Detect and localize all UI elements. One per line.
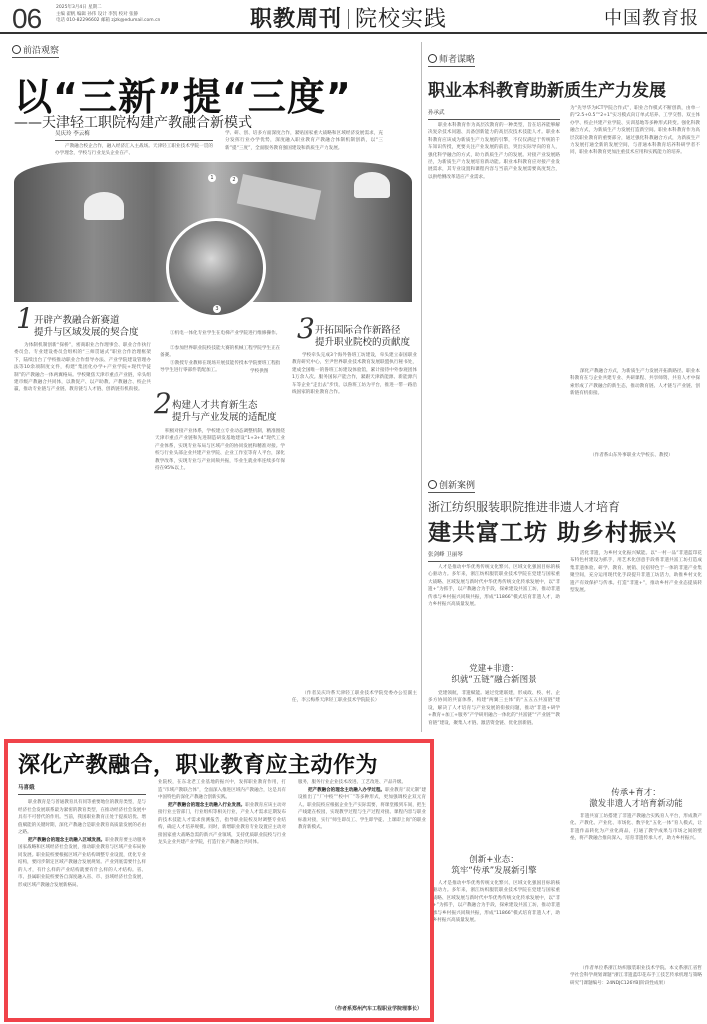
paragraph: 职业教育是与普通教育具有同等重要地位的教育类型，是与经济社会发展联系最为紧密的教…	[18, 799, 146, 837]
highlighted-article-signature: （作者系郑州汽车工程职业学院理事长）	[332, 1005, 422, 1012]
paragraph: 职业教育要主动服务国家战略和区域经济社会发展，推动职业教育与区域产业布局协同发展…	[18, 838, 146, 888]
photo-number-2: 2	[230, 176, 238, 184]
article-1-author-note: （作者吴庆玲系天津轻工职业技术学院党委办公室副主任，李云梅系天津轻工职业技术学院…	[292, 690, 417, 720]
paragraph: 业院校，在东北老工业基地的振兴中，发挥职业教育作用，打造“市域产教联合体”，全面…	[158, 779, 286, 802]
subhead-line2: 筑牢“传承”发展新引擎	[428, 866, 560, 877]
newspaper-logo: 中国教育报	[604, 4, 699, 30]
paragraph: 职业教育“双元制”建设推出了“厂中校”“校中厂”等多种形式，更加强调校企双元育人…	[298, 788, 426, 831]
subhead-line1: 创新+业态：	[428, 855, 560, 866]
section-1-body: 为体制机制创新“探桥”，密商职业合作理事会、职业合作执行委员会、专业建设委员会组…	[14, 342, 151, 732]
article-3-body-2b: 人才是推动中华优秀传统文化繁兴、区域文化强国目标的核心驱动力。多年来，浙江纺织服…	[428, 880, 560, 1020]
article-3-body-3: 活化非遗，为乡村文化振兴赋能。以“一村一品”非遗蓝印花布特色村建设为抓手，用艺术…	[570, 550, 702, 780]
column-tag-teachers: 师者谋略	[428, 52, 475, 67]
photo-number-1: 1	[208, 174, 216, 182]
masthead: 06 2025年3月4日 星期二 主编 翟帆 编辑 孙伟 设计 李凯 校对 张静…	[0, 0, 707, 34]
article-3-body-1: 人才是推动中华优秀传统文化繁兴、区域文化强国目标的核心驱动力。多年来，浙江纺织服…	[428, 564, 560, 659]
ring-icon	[12, 45, 21, 54]
section-heading-line2: 提升与区域发展的契合度	[34, 327, 139, 339]
column-tag-label: 师者谋略	[439, 52, 475, 65]
section-heading-line1: 开拓国际合作新路径	[315, 325, 410, 337]
section-title: 职教周刊院校实践	[250, 2, 447, 33]
article-3-subhead-1: 党建+非遗： 织就“五链”融合新图景	[428, 664, 560, 686]
bold-lead: 把产教融合的理念主动融入行业发展。	[168, 803, 245, 808]
section-heading-line1: 构建人才共育新生态	[172, 400, 277, 412]
caption-1: ①机电一体化专业学生在电梯产业学院进行维修操作。	[160, 330, 284, 337]
subsection-name: 院校实践	[355, 7, 447, 32]
robot-arm-shape	[237, 174, 321, 220]
article-3-subhead-2: 创新+业态： 筑牢“传承”发展新引擎	[428, 855, 560, 877]
section-3-heading: 3 开拓国际合作新路径 提升职业院校的贡献度	[315, 325, 410, 349]
helmet-shape	[84, 192, 124, 220]
paragraph: 职业教育应该主动对接行业主管部门，行业组织等相关行业，产业人才需求定期发布的技术…	[158, 803, 286, 846]
article-3-title: 建共富工坊 助乡村振兴	[428, 514, 677, 547]
article-2-body-col2: 为“先导华为ICT学院合作式”，职业合作模式不断创新，由单一的“2.5+0.5”…	[570, 105, 700, 365]
article-2-body-col1: 职业本科教育作为高层次教育的一种类型，旨在培养能够解决复杂技术问题、具备创新能力…	[428, 122, 560, 457]
article-3-body-2: 党建领航，非遗赋能。通过党建联建，形成政、校、村、企多方协同的共富体系，构建“两…	[428, 690, 560, 850]
section-number: 1	[16, 313, 34, 325]
section-name: 职教周刊	[250, 7, 342, 32]
article-3-byline: 张剑峰 卫丽琴	[428, 550, 560, 562]
section-heading-line2: 提升与产业发展的适配度	[172, 412, 277, 424]
page-number: 06	[12, 3, 41, 35]
paragraph: 服务，服务行业企业技术改进、工艺改进、产品升级。	[298, 779, 426, 787]
article-3-body-4: 非遗共富工坊搭建了非遗产教融合实践育人平台，形成教产化、产教化、产业化、市场化、…	[570, 813, 702, 963]
helmet-shape	[354, 172, 390, 198]
article-3-kicker: 浙江纺织服装职院推进非遗人才培育	[428, 498, 620, 515]
article-1-photo-circle: 3	[166, 218, 266, 318]
article-1-intro-left: 产教融合校企合作，融入经济汇入主战场。天津轻工职业技术学院一贯的办学理念，学校与…	[55, 143, 213, 159]
caption-credit: 学校供图	[250, 368, 268, 375]
ring-icon	[428, 54, 437, 63]
section-heading-line2: 提升职业院校的贡献度	[315, 337, 410, 349]
section-number: 2	[154, 398, 172, 410]
section-3-body: 学校牵头完成3个海外鲁班工坊建设，牵头建立泰国职业教育研究中心，至尹世界职业技术…	[292, 352, 417, 682]
highlighted-col-2: 业院校，在东北老工业基地的振兴中，发挥职业教育作用，打造“市域产教联合体”，全面…	[158, 779, 286, 1009]
bold-lead: 把产教融合的理念主动融入办学过程。	[308, 788, 385, 793]
article-2-author-note: （作者系山东外事职业大学校长、教授）	[590, 452, 702, 460]
subhead-line1: 传承+育才：	[570, 788, 702, 799]
masthead-meta: 2025年3月4日 星期二 主编 翟帆 编辑 孙伟 设计 李凯 校对 张静 电话…	[56, 5, 160, 25]
column-divider	[421, 42, 422, 732]
article-1-intro-right: 学、研、创、培多方面深度合作，紧贴国家重大战略和区域经济发展需求，充分发挥行业办…	[225, 130, 383, 160]
article-2-title: 职业本科教育助新质生产力发展	[428, 76, 666, 101]
highlighted-article[interactable]: 深化产教融合，职业教育应主动作为 马喜娥 职业教育是与普通教育具有同等重要地位的…	[4, 739, 434, 1022]
article-3-author-note: （作者单位系浙江纺织服装职业技术学院。本文系浙江省哲学社会科学规划课题“浙江非遗…	[570, 965, 702, 1010]
bold-lead: 把产教融合的理念主动融入区域发展。	[28, 838, 105, 843]
article-3-subhead-3: 传承+育才： 激发非遗人才培育新动能	[570, 788, 702, 810]
section-2-heading: 2 构建人才共育新生态 提升与产业发展的适配度	[172, 400, 277, 424]
subhead-line1: 党建+非遗：	[428, 664, 560, 675]
section-1-heading: 1 开辟产教融合新赛道 提升与区域发展的契合度	[34, 315, 139, 339]
title-divider	[348, 9, 349, 29]
highlighted-col-3: 服务，服务行业企业技术改进、工艺改进、产品升级。 把产教融合的理念主动融入办学过…	[298, 779, 426, 999]
highlighted-article-byline: 马喜娥	[18, 783, 146, 795]
column-tag-label: 前沿观察	[23, 43, 59, 56]
highlighted-article-title: 深化产教融合，职业教育应主动作为	[18, 748, 378, 779]
section-number: 3	[297, 323, 315, 335]
article-1-byline: 吴庆玲 李云梅	[55, 129, 213, 141]
contact-line: 电话 010-82296602 邮箱 zjzk@edumail.com.cn	[56, 18, 160, 25]
ring-icon	[428, 480, 437, 489]
subhead-line2: 织就“五链”融合新图景	[428, 675, 560, 686]
highlighted-col-1: 职业教育是与普通教育具有同等重要地位的教育类型，是与经济社会发展联系最为紧密的教…	[18, 799, 146, 1009]
article-2-byline: 孙承武	[428, 108, 560, 120]
caption-2: ②参加世界职业院校技能大赛的机械工程学院学生正在备赛。	[160, 345, 284, 360]
column-tag-label: 创新案例	[439, 478, 475, 491]
article-2-body-col2b: 深化产教融合方式，为新质生产力发展开拓新路径。职业本科教育在与企业共建专业、共研…	[570, 368, 700, 453]
column-tag-innovation: 创新案例	[428, 478, 475, 493]
column-tag-frontier: 前沿观察	[12, 43, 59, 58]
section-2-body: 积极对接产业体系，学校建立专业动态调整机制，精准围绕天津市重点产业链和先进制造研…	[155, 428, 285, 732]
section-heading-line1: 开辟产教融合新赛道	[34, 315, 139, 327]
subhead-line2: 激发非遗人才培育新动能	[570, 799, 702, 810]
photo-number-3: 3	[213, 305, 221, 313]
